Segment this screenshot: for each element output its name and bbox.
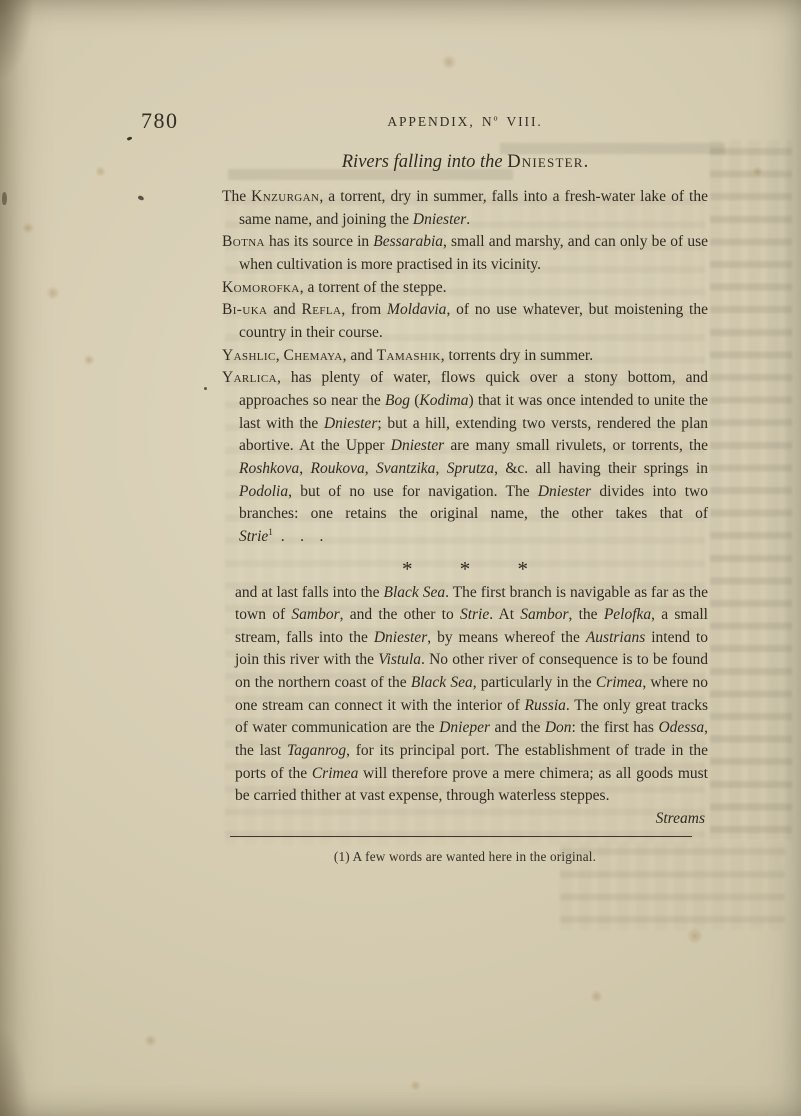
ink-speck bbox=[127, 136, 133, 141]
fox-spot bbox=[441, 55, 457, 69]
bleed-through-texture bbox=[710, 140, 792, 840]
ink-speck bbox=[2, 192, 7, 205]
asterisk-glyph: * bbox=[518, 557, 529, 581]
fox-spot bbox=[46, 286, 60, 300]
asterisk-separator: * * * bbox=[222, 558, 708, 580]
river-entry: Yarlica, has plenty of water, flows quic… bbox=[222, 367, 708, 548]
corner-shadow bbox=[0, 1026, 30, 1116]
footnote-rule bbox=[230, 836, 692, 837]
fox-spot bbox=[95, 166, 106, 177]
river-entry: Bi-uka and Refla, from Moldavia, of no u… bbox=[222, 299, 708, 344]
asterisk-glyph: * bbox=[402, 557, 413, 581]
fox-spot bbox=[410, 1080, 421, 1091]
river-entry: Komorofka, a torrent of the steppe. bbox=[222, 277, 708, 300]
footnote: (1) A few words are wanted here in the o… bbox=[222, 846, 708, 869]
book-page: 780 APPENDIX, No VIII. Rivers falling in… bbox=[0, 0, 801, 1116]
river-entry: Botna has its source in Bessarabia, smal… bbox=[222, 231, 708, 276]
ink-speck bbox=[204, 387, 207, 390]
fox-spot bbox=[590, 990, 603, 1003]
fox-spot bbox=[83, 354, 95, 366]
ink-speck bbox=[137, 195, 144, 201]
running-head: APPENDIX, No VIII. bbox=[222, 114, 708, 130]
corner-shadow bbox=[0, 0, 34, 80]
river-entry: The Knzurgan, a torrent, dry in summer, … bbox=[222, 186, 708, 231]
river-entry: Yashlic, Chemaya, and Tamashik, torrents… bbox=[222, 345, 708, 368]
fox-spot bbox=[22, 222, 34, 234]
continuation-paragraph: and at last falls into the Black Sea. Th… bbox=[235, 582, 708, 809]
section-title: Rivers falling into the Dniester. bbox=[222, 152, 708, 173]
fox-spot bbox=[144, 1034, 157, 1047]
text-column: The Knzurgan, a torrent, dry in summer, … bbox=[222, 186, 708, 868]
asterisk-glyph: * bbox=[460, 557, 471, 581]
page-number: 780 bbox=[141, 108, 179, 134]
catchword: Streams bbox=[222, 808, 708, 831]
fox-spot bbox=[686, 928, 704, 944]
fox-spot bbox=[752, 166, 763, 177]
